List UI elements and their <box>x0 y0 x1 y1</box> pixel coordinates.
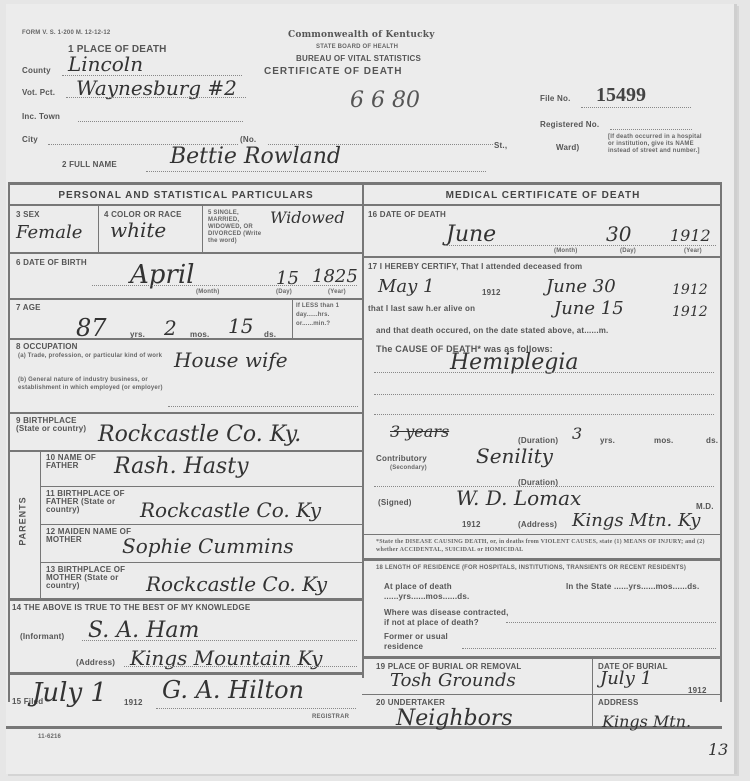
last-saw-date: June 15 <box>554 298 624 319</box>
city-label: City <box>22 135 38 144</box>
street-no-label: (No. <box>240 135 256 144</box>
death-month-caption: (Month) <box>554 248 577 254</box>
dob-day-caption: (Day) <box>276 289 292 295</box>
mother-name-value: Sophie Cummins <box>122 534 294 558</box>
date-of-death-label: 16 DATE OF DEATH <box>368 210 446 219</box>
registered-no-label: Registered No. <box>540 120 599 129</box>
form-code: 11-6216 <box>38 734 61 740</box>
signed-label: (Signed) <box>378 498 412 507</box>
physician-address-label: (Address) <box>518 520 557 529</box>
registrar-signature: G. A. Hilton <box>162 676 304 704</box>
disease-contracted-label: Where was disease contracted, if not at … <box>384 608 514 628</box>
dob-label: 6 DATE OF BIRTH <box>16 258 87 267</box>
certificate-title: CERTIFICATE OF DEATH <box>264 66 403 77</box>
county-value: Lincoln <box>68 52 143 76</box>
attended-from-year: 1912 <box>482 288 501 297</box>
occupation-label: 8 OCCUPATION <box>16 342 78 351</box>
parents-label: PARENTS <box>18 496 28 545</box>
duration-years: 3 <box>572 424 582 443</box>
father-birthplace-value: Rockcastle Co. Ky <box>140 498 321 522</box>
occupation-value: House wife <box>174 348 288 372</box>
informant-address-label: (Address) <box>76 658 115 667</box>
duration-struck: 3 years <box>390 422 449 441</box>
duration-ds: ds. <box>706 436 718 445</box>
informant-label: (Informant) <box>20 632 64 641</box>
death-year-caption: (Year) <box>684 248 702 254</box>
cause-footnote: *State the DISEASE CAUSING DEATH, or, in… <box>376 538 716 554</box>
birthplace-value: Rockcastle Co. Ky. <box>98 422 301 447</box>
dob-year-caption: (Year) <box>328 289 346 295</box>
burial-date: July 1 <box>600 668 652 689</box>
file-no-label: File No. <box>540 94 571 103</box>
father-birthplace-label: 11 BIRTHPLACE OF FATHER (State or countr… <box>46 490 141 514</box>
registrar-label: REGISTRAR <box>312 714 349 720</box>
burial-place-value: Tosh Grounds <box>390 670 516 691</box>
in-state: In the State ......yrs......mos......ds. <box>566 582 716 592</box>
dob-month-caption: (Month) <box>196 289 219 295</box>
contributory-label: Contributory <box>376 454 427 463</box>
form-number: FORM V. S. 1-200 M. 12-12-12 <box>22 30 110 36</box>
former-residence-label: Former or usual residence <box>384 632 464 652</box>
sex-label: 3 SEX <box>16 210 40 219</box>
undertaker-address-label: ADDRESS <box>598 698 639 707</box>
race-value: white <box>110 218 166 242</box>
less-than-day-label: If LESS than 1 day......hrs. or......min… <box>296 302 360 329</box>
occupation-trade-label: (a) Trade, profession, or particular kin… <box>18 352 168 360</box>
inc-town-label: Inc. Town <box>22 112 60 121</box>
filed-year: 1912 <box>124 698 143 707</box>
age-months: 2 <box>164 316 177 340</box>
attended-from: May 1 <box>378 276 435 297</box>
duration-yrs: yrs. <box>600 436 615 445</box>
death-year: 1912 <box>670 226 711 245</box>
sex-value: Female <box>16 222 82 243</box>
commonwealth-heading: Commonwealth of Kentucky <box>288 30 435 40</box>
signed-year: 1912 <box>462 520 481 529</box>
attended-to: June 30 <box>546 276 616 297</box>
vot-pct-label: Vot. Pct. <box>22 88 55 97</box>
marital-value: Widowed <box>270 208 345 227</box>
last-saw-year: 1912 <box>672 304 708 320</box>
death-occurred-text: and that death occured, on the date stat… <box>376 326 608 335</box>
filed-date: July 1 <box>32 678 107 708</box>
birthplace-label: 9 BIRTHPLACE (State or country) <box>16 417 96 433</box>
occupation-industry-label: (b) General nature of industry business,… <box>18 376 168 392</box>
mother-birthplace-value: Rockcastle Co. Ky <box>146 572 327 596</box>
dob-year: 1825 <box>312 266 358 287</box>
physician-signature: W. D. Lomax <box>456 486 581 510</box>
hospital-note: [If death occurred in a hospital or inst… <box>608 134 703 155</box>
street-label: St., <box>494 141 507 150</box>
personal-section-title: PERSONAL AND STATISTICAL PARTICULARS <box>16 190 356 201</box>
attended-to-year: 1912 <box>672 282 708 298</box>
death-day-caption: (Day) <box>620 248 636 254</box>
father-name-label: 10 NAME OF FATHER <box>46 454 110 470</box>
file-number: 15499 <box>596 84 646 107</box>
age-days: 15 <box>228 314 253 338</box>
physician-address: Kings Mtn. Ky <box>572 510 700 531</box>
informant-heading: 14 THE ABOVE IS TRUE TO THE BEST OF MY K… <box>12 603 250 612</box>
medical-section-title: MEDICAL CERTIFICATE OF DEATH <box>368 190 718 201</box>
last-saw-text: that I last saw h.er alive on <box>368 304 475 313</box>
duration-mos: mos. <box>654 436 673 445</box>
residence-label: 18 LENGTH OF RESIDENCE (FOR HOSPITALS, I… <box>376 564 716 572</box>
county-label: County <box>22 66 51 75</box>
board-heading: STATE BOARD OF HEALTH <box>316 44 398 50</box>
death-month: June <box>446 222 496 247</box>
death-day: 30 <box>606 222 631 246</box>
undertaker-value: Neighbors <box>396 706 513 731</box>
age-label: 7 AGE <box>16 303 41 312</box>
ward-label: Ward) <box>556 143 579 152</box>
at-place-of-death: At place of death ......yrs......mos....… <box>384 582 504 602</box>
secondary-label: (Secondary) <box>390 465 427 471</box>
death-certificate: FORM V. S. 1-200 M. 12-12-12 Commonwealt… <box>6 4 737 774</box>
corner-mark: 13 <box>708 740 728 759</box>
bureau-heading: BUREAU OF VITAL STATISTICS <box>296 54 421 63</box>
certify-text: 17 I HEREBY CERTIFY, That I attended dec… <box>368 262 582 271</box>
mother-birthplace-label: 13 BIRTHPLACE OF MOTHER (State or countr… <box>46 566 141 590</box>
handwritten-number: 6 6 80 <box>350 88 420 113</box>
full-name-label: 2 FULL NAME <box>62 160 117 169</box>
contributory-value: Senility <box>476 444 553 468</box>
father-name-value: Rash. Hasty <box>114 454 249 479</box>
undertaker-address: Kings Mtn. <box>602 712 691 731</box>
marital-label: 5 SINGLE, MARRIED, WIDOWED, OR DIVORCED … <box>208 210 268 245</box>
full-name-value: Bettie Rowland <box>170 144 341 169</box>
